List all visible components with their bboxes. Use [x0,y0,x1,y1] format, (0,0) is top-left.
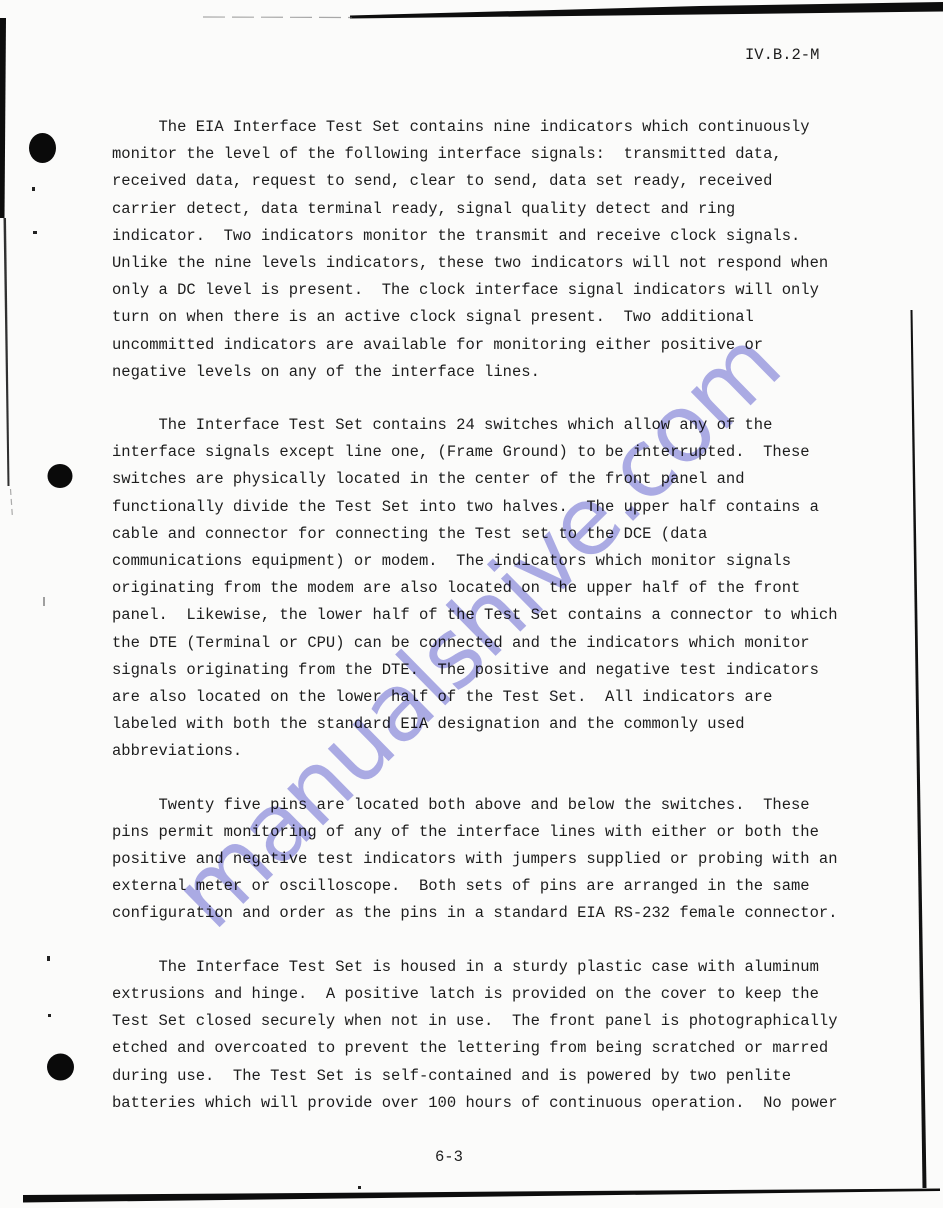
paragraph-pins: Twenty five pins are located both above … [112,792,838,928]
page-number: 6-3 [435,1144,463,1171]
paragraph-switches: The Interface Test Set contains 24 switc… [112,412,838,766]
scan-edge-bottom [23,1189,940,1203]
scan-edge-left-line [4,218,10,486]
paragraph-case: The Interface Test Set is housed in a st… [112,954,838,1117]
binding-hole-top [29,133,56,163]
binding-hole-bottom [47,1054,74,1081]
scan-speck [43,597,45,606]
document-reference: IV.B.2-M [745,42,819,69]
scan-speck [47,956,50,961]
scanned-manual-page: IV.B.2-M The EIA Interface Test Set cont… [0,0,943,1208]
paragraph-indicators: The EIA Interface Test Set contains nine… [112,114,838,386]
scan-speck [32,187,35,191]
scan-speck [33,231,37,234]
document-body: The EIA Interface Test Set contains nine… [112,114,838,1143]
scan-edge-right-line [911,310,927,1188]
scan-edge-left-fade [11,489,13,518]
binding-hole-middle [48,464,73,488]
scan-edge-left-bar [0,18,6,218]
scan-edge-top [350,2,943,19]
scan-speck [48,1014,51,1017]
scan-edge-top-faint [203,17,352,18]
scan-speck [358,1186,361,1189]
